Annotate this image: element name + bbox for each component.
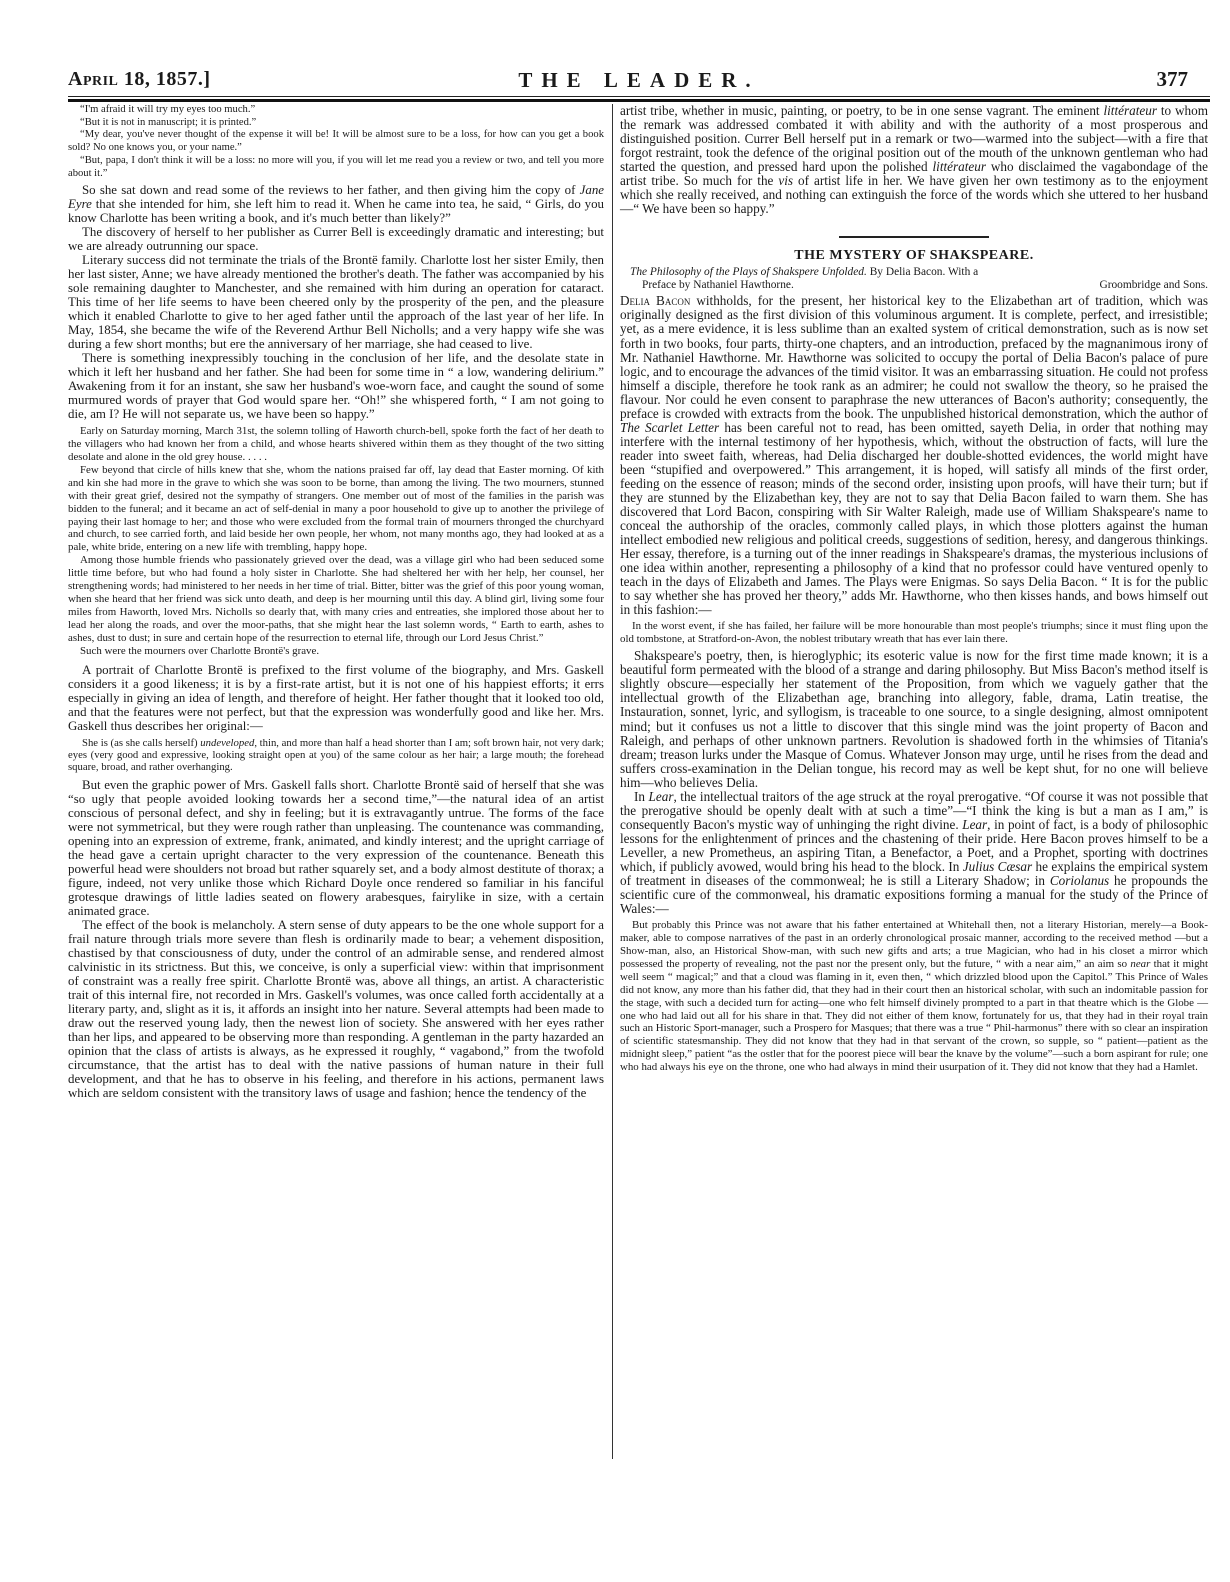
masthead: April 18, 1857.] THE LEADER. 377: [68, 64, 1210, 94]
hawthorne-quote: In the worst event, if she has failed, h…: [620, 620, 1208, 646]
lead-name: Delia Bacon: [620, 293, 690, 308]
masthead-rule-thick: [68, 99, 1210, 102]
dialogue-line: “But, papa, I don't think it will be a l…: [68, 155, 604, 180]
quoted-paragraph: Among those humble friends who passionat…: [68, 554, 604, 644]
dialogue-line: “But it is not in manuscript; it is prin…: [68, 117, 604, 130]
paragraph: Delia Bacon withholds, for the present, …: [620, 294, 1208, 617]
masthead-rule-thin: [68, 96, 1210, 97]
right-column: artist tribe, whether in music, painting…: [620, 104, 1208, 1074]
dialogue-line: “I'm afraid it will try my eyes too much…: [68, 104, 604, 117]
reviewed-book-title: The Philosophy of the Plays of Shakspere…: [630, 266, 867, 278]
page-number: 377: [1157, 67, 1189, 92]
paragraph: Literary success did not terminate the t…: [68, 253, 604, 351]
quoted-paragraph: Few beyond that circle of hills knew tha…: [68, 464, 604, 554]
description-quote: She is (as she calls herself) undevelope…: [68, 737, 604, 774]
paragraph: Shakspeare's poetry, then, is hieroglyph…: [620, 649, 1208, 789]
paragraph: In Lear, the intellectual traitors of th…: [620, 790, 1208, 916]
dialogue-line: “My dear, you've never thought of the ex…: [68, 129, 604, 154]
article-title: THE MYSTERY OF SHAKSPEARE.: [620, 248, 1208, 264]
publisher: Groombridge and Sons.: [1099, 279, 1208, 292]
review-byline: The Philosophy of the Plays of Shakspere…: [620, 266, 1208, 292]
quoted-paragraph: Early on Saturday morning, March 31st, t…: [68, 425, 604, 464]
left-column: “I'm afraid it will try my eyes too much…: [68, 104, 604, 1100]
bacon-quote: But probably this Prince was not aware t…: [620, 919, 1208, 1074]
paragraph: The effect of the book is melancholy. A …: [68, 918, 604, 1100]
paragraph-continuation: artist tribe, whether in music, painting…: [620, 104, 1208, 216]
paragraph: So she sat down and read some of the rev…: [68, 183, 604, 225]
paragraph: The discovery of herself to her publishe…: [68, 225, 604, 253]
paragraph: There is something inexpressibly touchin…: [68, 351, 604, 421]
quoted-paragraph: Such were the mourners over Charlotte Br…: [68, 645, 604, 658]
paragraph: A portrait of Charlotte Brontë is prefix…: [68, 663, 604, 733]
newspaper-title: THE LEADER.: [68, 68, 1210, 93]
paragraph: But even the graphic power of Mrs. Gaske…: [68, 778, 604, 918]
column-divider: [612, 104, 613, 1459]
section-separator: [839, 236, 989, 238]
